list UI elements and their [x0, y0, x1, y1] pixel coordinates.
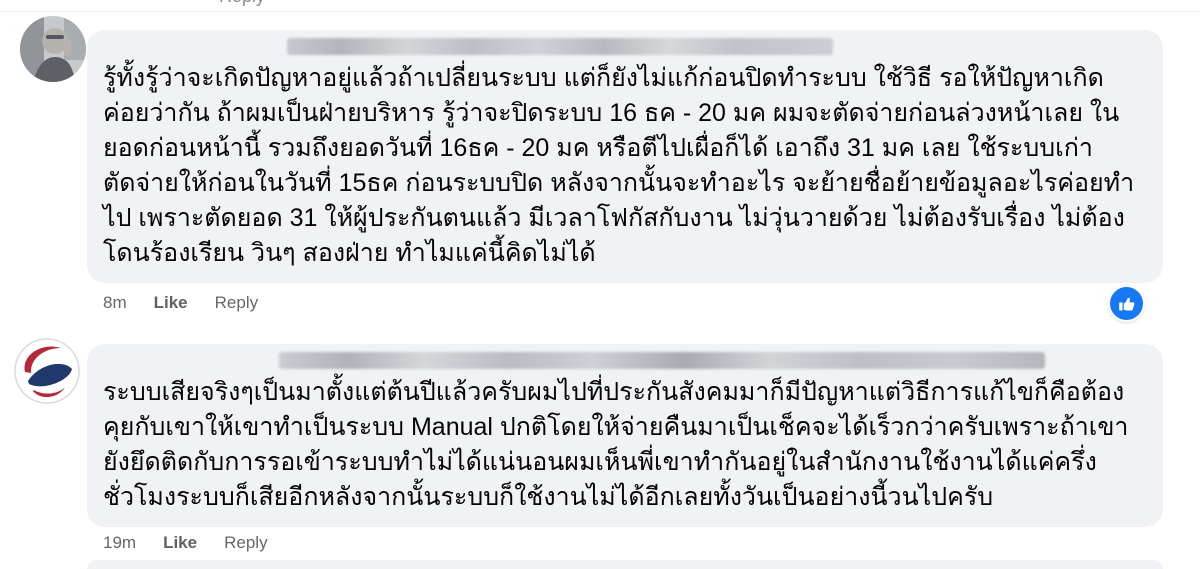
- comment-actions: 8m Like Reply: [103, 293, 258, 313]
- text-line: รู้ทั้งรู้ว่าจะเกิดปัญหาอยู่แล้วถ้าเปลี่…: [103, 61, 1147, 96]
- comment-timestamp[interactable]: 19m: [103, 533, 136, 553]
- like-reaction-badge[interactable]: [1108, 285, 1145, 322]
- text-line: คุยกับเขาให้เขาทำเป็นระบบ Manual ปกติโดย…: [103, 410, 1147, 445]
- commenter-name-blurred[interactable]: [287, 38, 833, 55]
- next-comment-bubble-edge: [87, 560, 1163, 569]
- text-line: ค่อยว่ากัน ถ้าผมเป็นฝ่ายบริหาร รู้ว่าจะป…: [103, 96, 1147, 131]
- text-line: ไป เพราะตัดยอด 31 ให้ผู้ประกันตนแล้ว มีเ…: [103, 201, 1147, 236]
- commenter-name-blurred[interactable]: [279, 352, 1045, 369]
- cut-off-reply-link[interactable]: Reply: [219, 0, 299, 8]
- thumbs-up-icon: [1117, 294, 1137, 314]
- like-button[interactable]: Like: [163, 533, 197, 553]
- text-line: ระบบเสียจริงๆเป็นมาตั้งแต่ต้นปีแล้วครับผ…: [103, 375, 1147, 410]
- commenter-avatar[interactable]: [20, 16, 86, 82]
- comment-text: ระบบเสียจริงๆเป็นมาตั้งแต่ต้นปีแล้วครับผ…: [103, 375, 1147, 515]
- comment-bubble: รู้ทั้งรู้ว่าจะเกิดปัญหาอยู่แล้วถ้าเปลี่…: [87, 30, 1163, 283]
- thai-flag-swirl-icon: [14, 338, 80, 404]
- text-line: ชั่วโมงระบบก็เสียอีกหลังจากนั้นระบบก็ใช้…: [103, 480, 1147, 515]
- commenter-avatar[interactable]: [14, 338, 80, 404]
- text-line: ยังยึดติดกับการรอเข้าระบบทำไม่ได้แน่นอนผ…: [103, 445, 1147, 480]
- section-divider: [0, 11, 1200, 12]
- text-line: ตัดจ่ายให้ก่อนในวันที่ 15ธค ก่อนระบบปิด …: [103, 166, 1147, 201]
- person-photo-icon: [20, 16, 86, 82]
- comment-actions: 19m Like Reply: [103, 533, 268, 553]
- comment-bubble: ระบบเสียจริงๆเป็นมาตั้งแต่ต้นปีแล้วครับผ…: [87, 344, 1163, 527]
- reply-button[interactable]: Reply: [224, 533, 267, 553]
- comment-text: รู้ทั้งรู้ว่าจะเกิดปัญหาอยู่แล้วถ้าเปลี่…: [103, 61, 1147, 271]
- reply-button[interactable]: Reply: [215, 293, 258, 313]
- comment-timestamp[interactable]: 8m: [103, 293, 127, 313]
- text-line: โดนร้องเรียน วินๆ สองฝ่าย ทำไมแค่นี้คิดไ…: [103, 236, 1147, 271]
- like-button[interactable]: Like: [154, 293, 188, 313]
- text-line: ยอดก่อนหน้านี้ รวมถึงยอดวันที่ 16ธค - 20…: [103, 131, 1147, 166]
